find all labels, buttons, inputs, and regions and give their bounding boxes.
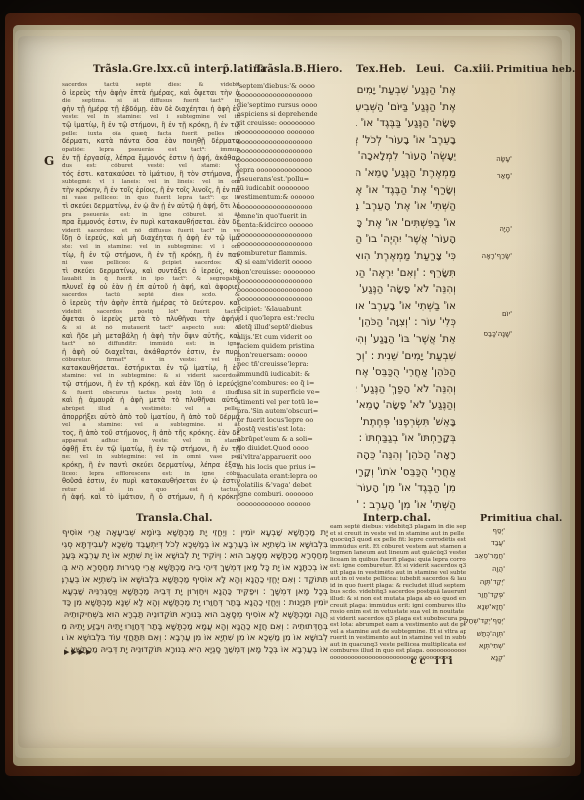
header-chaldee-column: Transla.Chal. [136,513,213,524]
text-line: ooooooooooooooooooo [237,240,335,249]
text-line: aspiciens si deprehende [237,110,335,119]
latin-interlinear-line: ste: vel in stamine: vel in subtegmine: … [62,244,240,251]
header-book-name: Leui. [416,64,445,75]
text-line: alijs.'Et cum viderit oo [237,333,335,342]
text-line: est lota: abrumpet eam a vestimento aut … [330,622,466,629]
text-line: fusa sit in superficie ve= [237,388,335,397]
latin-interlinear-line: opatiõe: lepra pseuerãs est tact⁹: immun [62,147,240,154]
text-line: oooooooooooo oooooo [237,500,335,509]
text-line: tũ iudicabit oooooooo [237,184,335,193]
greek-text-line: ἴδῃ ὁ ἱερεύς, καὶ μὴ διαχέηται ἡ ἁφὴ ἐν … [62,234,240,243]
greek-text-line: ὁ ἱερεὺς τὴν ἁφὴν ἑπτὰ ἡμέρας, καὶ ὄψετα… [62,89,240,98]
interlinear-pair: pra pseuerãs est: in igne cõburet. si ãt… [62,212,240,228]
text-line: non'reuersam: ooooo [237,351,335,360]
header-vulgate-column: Trãsla.B.Hiero. [255,64,343,75]
text-line: aut in oĩ veste pellicea: iubebit sacerd… [330,576,466,583]
interlinear-pair: pelle: iuxta oĩa quæq̃ facta fuerit pell… [62,131,240,147]
greek-text-line: τῷ ἱματίῳ, ἢ ἐν τῷ στήμονι, ἢ ἐν τῇ κρόκ… [62,121,240,130]
text-line: nec tñ'creuisse'lepra: [237,360,335,369]
interlinear-pair: tact⁹ nõ diffunditr: immũdũ est: in igne… [62,341,240,357]
text-line: oooooooooooo ooooooo [237,128,335,137]
text-line: בִּלְבוּשָׁא אוֹ בִשְׁתִיָּא אוֹ בְעַרְב… [62,540,328,552]
text-line: eam septẽ diebus: videbitq3 plagam in di… [330,524,466,531]
interlinear-pair: retur id in quo est tactus.ἡ ἁφή. καὶ τὸ… [62,487,240,503]
root-word: 'הָיָה [499,225,512,233]
latin-interlinear-line: pelle: iuxta oĩa quæq̃ facta fuerit pell… [62,131,240,138]
latin-interlinear-line: & si ãt nõ mutauerit tact⁹ aspectũ suũ: … [62,325,240,332]
text-line: יָת מַכְתָּשָׁא שַׁבְעָא יוֹמִין : וְיֶח… [62,528,328,540]
text-line: faciem quidem pristina [237,342,335,351]
text-line: 'septem'diebus:'& oooo [237,82,335,91]
text-line: omne'in quo'fuerit in [237,212,335,221]
interlinear-pair: sacerdos tactũ septẽ dies: & videbitὁ ἱε… [62,82,240,98]
text-line: ooooooooooooooooooo [237,231,335,240]
interlinear-pair: ni vase pelliceo: & p̃cipiet sacerdos: &… [62,260,240,276]
root-word: 'יְקַד'תְּוָה [480,578,505,586]
text-line: immundũ iudicabit: & [237,370,335,379]
text-line: Q si eam'viderit ooooo [237,258,335,267]
interlinear-pair: subtegmẽ: vl i laneis: vel in lineis: ve… [62,179,240,195]
root-word: 'עֲבַד [491,539,505,547]
latin-interlinear-line: videbit sacerdos postq̃ lot⁹ fuerit tact… [62,309,240,316]
latin-interlinear-line: viderit sacerdos: et nõ diffusus fuerit … [62,228,240,235]
text-line: pra.'Sin autem'obscuri= [237,407,335,416]
text-line: ooooooooooooooooooo [237,295,335,304]
text-line: id i quo'lepra est:'reclu [237,314,335,323]
text-line: uenta:&idcirco oooooo [237,221,335,230]
text-line: lepra oooooooooooooo [237,166,335,175]
interlinear-pair: dus est: cõburet vestẽ: vel stamẽ: vtτός… [62,163,240,179]
chaldee-targum-block: יָת מַכְתָּשָׁא שַׁבְעָא יוֹמִין : וְיֶח… [62,528,328,656]
greek-latin-interlinear-column: sacerdos tactũ septẽ dies: & videbitὁ ἱε… [62,82,240,516]
text-line: ooooooooooooooooooo [237,286,335,295]
header-greek-column: Trãsla.Gre.lxx.cũ interp̃.latina. [93,64,271,75]
latin-interlinear-line: cõburetur. firmat⁹ ẽ in veste: vel in [62,357,240,364]
text-line: tegmen laneum aut lineum aut quãcũq3 ves… [330,550,466,557]
greek-text-line: τὶ σκεύει δερματίνῳ, ἐν ᾧ ἂν ᾖ ἐν αὐτῷ ἡ… [62,202,240,211]
text-line: rosio enim est in vetustate sua vel in n… [330,609,466,616]
latin-interlinear-line: dus est: cõburet vestẽ: vel stamẽ: vt [62,163,240,170]
latin-interlinear-line: ni vase pelliceo: & p̃cipiet sacerdos: & [62,260,240,267]
interlinear-pair: & fuerit obscurus tactus postq̃ lotũ ẽ i… [62,390,240,406]
latin-interlinear-line: sacerdos tactũ septẽ dies: & videbit [62,82,240,89]
latin-interlinear-line: liceo: lepra efflorescens est: in igne c… [62,471,240,478]
text-line: ooooooooooooooooooo [237,138,335,147]
root-word: 'הֲוָה [492,565,505,573]
root-word: 'שָׂרַף'רָאָה [482,252,512,260]
text-line: est: igne comburetur. Et si viderit sace… [330,563,466,570]
text-line: die'septimo rursus oooo [237,101,335,110]
text-line: in his locis que prius i= [237,463,335,472]
latin-interlinear-line: tact⁹ nõ diffunditr: immũdũ est: in igne [62,341,240,348]
interlinear-pair: ste: vel in stamine: vel in subtegmine: … [62,244,240,260]
interlinear-pair: abrũpet illud a vestimẽto: vel a pelle:ἀ… [62,406,240,422]
greek-text-line: καὶ ᾖ ἀμαυρὰ ἡ ἁφὴ μετὰ τὸ πλυθῆναι αὐτό… [62,396,240,405]
text-line: maculata erant:lepra oo [237,472,335,481]
text-line: postq̃ vestis'est lota: [237,425,335,434]
interlinear-pair: sacerdos tactũ septẽ dies scdo. &ὁ ἱερεὺ… [62,292,240,308]
text-line: or fuerit locus'lepre oo [237,416,335,425]
text-line: ooooooooooooooooooo [237,147,335,156]
chaldee-roots-margin-column: 'יְסַף'עֲבַד'חֲמַר'סְאֵב'הֲוָה'יְקַד'תְּ… [448,520,556,710]
header-chaldee-interp: Interp.chal. [363,513,431,524]
header-chapter-number: Ca.xiii. [454,64,494,75]
hebrew-roots-margin-column: 'עָשָׂה'מָאַר'הָיָה'שָׂרַף'רָאָה'יוֹם'שָ… [438,82,556,516]
text-line: בְּחַדְּתוּתֵיהּ : וְאִם חֲזָא כַהֲנָא ו… [62,622,328,634]
latin-interlinear-line: pra pseuerãs est: in igne cõburet. si ãt [62,212,240,219]
greek-text-line: πλυνεῖ ἐφ οὗ ἐὰν ᾖ ἐπ αὐτοῦ ἡ ἁφή, καὶ ἀ… [62,283,240,292]
text-line: non'creuisse: oooooooo [237,268,335,277]
greek-text-line: καὶ ἥδε μὴ μεταβάλῃ ἡ ἁφὴ τὴν ὄψιν αὐτῆς… [62,332,240,341]
greek-text-line: τίῳ, ἢ ἐν τῷ στήμονι, ἢ ἐν τῇ κρόκῃ, ἢ ἐ… [62,251,240,260]
greek-text-line: ἀπορρήξει αὐτὸ ἀπὸ τοῦ ἱματίου, ἢ ἀπὸ το… [62,413,240,422]
root-word: 'יְסַף [492,527,505,535]
text-line: combures illud in quo est plaga. ooooooo… [330,648,466,655]
text-line: הֲוָה וּמַכְתָּשָׁא לָא אוֹסִיף מְסָאָב … [62,610,328,622]
header-hebrew-roots-margin: Primitiua heb. [496,64,576,75]
guide-letter: G [44,154,54,168]
greek-text-line: ἡ ἁφή. καὶ τὸ ἱμάτιον, ἢ ὁ στήμων, ἢ ἡ κ… [62,493,240,502]
quire-signature: cc iii [378,656,488,667]
greek-text-line: ὁ ἱερεὺς τὴν ἁφὴν ἑπτὰ ἡμέρας τὸ δεύτερο… [62,299,240,308]
text-line: אוֹ בְעַרְבָא אוֹ בְּכָל מָאן דִּמְשַׁךְ… [62,645,328,656]
text-line: ruerit in vestimento aut in stamine vel … [330,635,466,642]
interlinear-pair: & si ãt nõ mutauerit tact⁹ aspectũ suũ: … [62,325,240,341]
greek-text-line: τος, ἢ ἀπὸ τοῦ στήμονος, ἢ ἀπὸ τῆς κρόκη… [62,429,240,438]
interlinear-pair: die septima. si ãt diffusus fuerit tact⁹… [62,98,240,114]
greek-text-line: κρόκῃ, ἢ ἐν παντὶ σκεύει δερματίνῳ, λέπρ… [62,461,240,470]
greek-text-line: ὄψεται ὁ ἱερεὺς μετὰ τὸ πλυθῆναι τὴν ἁφή… [62,315,240,324]
text-line: quocũq3 quod ex pelle fit: lepre corrodẽ… [330,537,466,544]
root-word: 'תְּוָה'כְּתַשׁ [477,630,505,638]
text-line: לְבוּשָׁא אוֹ מִן מַשְׁכָא אוֹ מִן שִׁתְ… [62,633,328,645]
latin-interlinear-line: abrũpet illud a vestimẽto: vel a pelle: [62,406,240,413]
text-line: ooooooooooooooooooo [237,91,335,100]
interlinear-pair: liceo: lepra efflorescens est: in igne c… [62,471,240,487]
latin-interlinear-line: retur id in quo est tactus. [62,487,240,494]
interlinear-pair: viderit sacerdos: et nõ diffusus fuerit … [62,228,240,244]
latin-interlinear-line: stamine: vel in subtegmine: & si viderit… [62,373,240,380]
root-word: 'קְנָא [491,654,505,662]
text-line: comburetur flammis. [237,249,335,258]
chaldee-interpretation-block: eam septẽ diebus: videbitq3 plagam in di… [330,524,466,664]
text-line: igne comburi. ooooooo [237,490,335,499]
text-line: ooooooooooooooooooo [237,203,335,212]
interlinear-pair: opatiõe: lepra pseuerãs est tact⁹: immun… [62,147,240,163]
text-line: תִּתּוֹקָד : וְאִם יֶחֱזֵי כַהֲנָא וְהָא… [62,575,328,587]
root-word: 'יְסַף'יְקַד'שְׁחַק [464,617,505,625]
vulgate-column: 'septem'diebus:'& oooooooooooooooooooooo… [237,82,335,516]
latin-interlinear-line: & fuerit obscurus tactus postq̃ lotũ ẽ i… [62,390,240,397]
text-line: igne'combures: eo q̃ i= [237,379,335,388]
text-line: do diuidet.Quod oooo [237,444,335,453]
latin-interlinear-line: vel a stamine: vel a subtegmine. si ãt [62,422,240,429]
text-line: מְחַסְרָא מַכְתָּשָׁא מְסָאָב הוּא : וְי… [62,551,328,563]
greek-text-line: ἐν τῇ ἐργασίᾳ, λέπρα ἔμμονός ἐστιν ἡ ἁφή… [62,154,240,163]
greek-text-line: ἡ ἁφὴ οὐ διαχεῖται, ἀκάθαρτόν ἐστιν, ἐν … [62,348,240,357]
text-line: אוֹ בְכִתָּנָא אוֹ יָת כָּל מָאן דִּמְשַ… [62,563,328,575]
greek-text-line: τῷ στήμονι, ἢ ἐν τῇ κρόκῃ. καὶ ἐὰν ἴδῃ ὁ… [62,380,240,389]
latin-interlinear-line: subtegmẽ: vl i laneis: vel in lineis: ve… [62,179,240,186]
text-line: illud: & si non est mutata plaga ab eo q… [330,596,466,603]
text-line: rit creuisse: ooooooooo [237,119,335,128]
paragraph-end-marks: ▶▶▶▶ [64,648,94,656]
book-photograph: Trãsla.Gre.lxx.cũ interp̃.latina. Trãsla… [0,0,584,800]
latin-interlinear-line: die septima. si ãt diffusus fuerit tact⁹… [62,98,240,105]
interlinear-pair: ne: vel in subtegmine: vel in omni vase … [62,454,240,470]
root-word: 'פְּקַד'חֲוַר [478,591,505,599]
interlinear-pair: stamine: vel in subtegmine: & si viderit… [62,373,240,389]
latin-interlinear-line: ni vase pelliceo: in quo fuerit lepra ta… [62,195,240,202]
latin-interlinear-line: ne: vel in subtegmine: vel in omni vase … [62,454,240,461]
interlinear-pair: cõburetur. firmat⁹ ẽ in veste: vel inκατ… [62,357,240,373]
interlinear-pair: lauabit in q̃ fuerit in ipo tact⁹: & seg… [62,276,240,292]
root-word: 'שְׁתִי'תְּוָא [479,642,505,650]
root-word: 'שָׁנָה'כָּבַס [484,330,512,338]
greek-text-line: δέρματι, κατὰ πάντα ὅσα ἐὰν ποιηθῇ δέρμα… [62,137,240,146]
root-word: 'חֲמַר'סְאֵב [475,552,505,560]
greek-text-line: τὴν κρόκην, ἢ ἐν τοῖς ἐρίοις, ἢ ἐν τοῖς … [62,186,240,195]
text-line: p̃cipiet: '&lauabunt [237,305,335,314]
text-line: volatilis &'vaga' debet [237,481,335,490]
root-word: 'יוֹם [502,310,512,318]
text-line: בְּכָל מָאן דִּמְשָׁךְ : וִיפַקֵּיד כַּה… [62,587,328,599]
greek-text-line: τός ἐστι. κατακαύσει τὸ ἱμάτιον, ἢ τὸν σ… [62,170,240,179]
text-line: abrũpet'eum & a soli= [237,435,335,444]
header-hebrew-text: Tex.Heb. [356,64,406,75]
book-page: Trãsla.Gre.lxx.cũ interp̃.latina. Trãsla… [18,36,562,748]
interlinear-pair: ni vase pelliceo: in quo fuerit lepra ta… [62,195,240,211]
text-line: ooooooooooooooooooo [237,277,335,286]
greek-text-line: ὀφθῇ ἔτι ἐν τῷ ἱματίῳ, ἢ ἐν τῷ στήμονι, … [62,445,240,454]
latin-interlinear-line: veste: vel in stamine: vel i subtegmine … [62,114,240,121]
text-line: ooooooooooooooooooo [237,156,335,165]
text-line: stimenti vel per totũ le= [237,398,335,407]
greek-text-line: φὴν τῇ ἡμέρᾳ τῇ ἑβδόμῃ. ἐὰν δὲ διαχέηται… [62,105,240,114]
text-line: detq̃ illud'septẽ'diebus [237,323,335,332]
root-word: 'עָשָׂה [496,155,512,163]
latin-interlinear-line: appareat adhuc in veste: vel in stami [62,438,240,445]
greek-text-line: τὶ σκεύει δερματίνῳ, καὶ συντάξει ὁ ἱερε… [62,267,240,276]
interlinear-pair: appareat adhuc in veste: vel in stamiὀφθ… [62,438,240,454]
root-word: 'מָאַר [497,172,512,180]
text-line: pseuerans'est.'pollu= [237,175,335,184]
latin-interlinear-line: lauabit in q̃ fuerit in ipo tact⁹: & seg… [62,276,240,283]
interlinear-pair: veste: vel in stamine: vel i subtegmine … [62,114,240,130]
text-line: יוֹמִין תִּנְיָנוּת : וְיֶחֱזֵי כַהֲנָא … [62,598,328,610]
interlinear-pair: vel a stamine: vel a subtegmine. si ãtτο… [62,422,240,438]
greek-text-line: κατακαυθήσεται. ἐστήρικται ἐν τῷ ἱματίῳ,… [62,364,240,373]
greek-text-line: πρα ἔμμονός ἐστιν, ἐν πυρὶ κατακαυθήσετα… [62,218,240,227]
text-line: si'vltra'apparuerit ooo [237,453,335,462]
latin-interlinear-line: sacerdos tactũ septẽ dies scdo. & [62,292,240,299]
root-word: 'חֲזָא'שְׁנָא [477,603,505,611]
interlinear-pair: videbit sacerdos postq̃ lot⁹ fuerit tact… [62,309,240,325]
greek-text-line: θοῦσά ἐστιν, ἐν πυρὶ κατακαυθήσεται ἐν ᾧ… [62,477,240,486]
text-line: vestimentum:& oooooo [237,193,335,202]
